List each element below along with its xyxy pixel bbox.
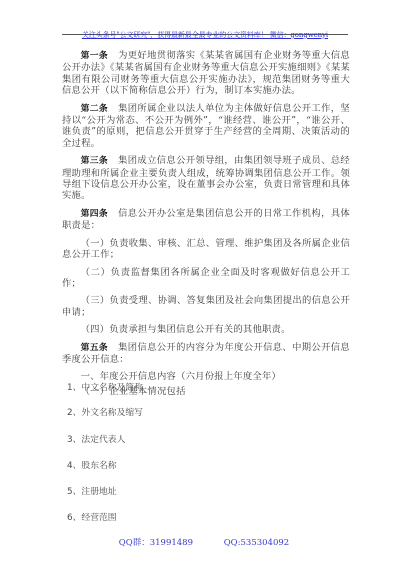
article-label: 第五条 — [81, 343, 109, 353]
article-3: 第三条 集团成立信息公开领导组，由集团领导班子成员、总经理助理和所属企业主要负责… — [62, 155, 350, 202]
qq-number: QQ:535304092 — [224, 538, 289, 548]
article-label: 第四条 — [81, 209, 109, 219]
qq-group: QQ群：31991489 — [119, 538, 193, 548]
page-header: 关注头条号"公文研究"，获得最新最全最专业的公文资料库！ 微信：gongweny… — [62, 22, 348, 35]
article-label: 第二条 — [81, 104, 109, 114]
page-footer: QQ群：31991489 QQ:535304092 — [0, 536, 408, 548]
duty-4: （四）负责承担与集团信息公开有关的其他职责。 — [62, 324, 350, 335]
list-item: 4、股东名称 — [62, 458, 117, 471]
duty-1: （一）负责收集、审核、汇总、管理、维护集团及各所属企业信息公开工作； — [62, 238, 350, 261]
article-2: 第二条 集团所属企业以法人单位为主体做好信息公开工作，坚持以“公开为常态、不公开… — [62, 103, 350, 150]
list-item: 5、注册地址 — [62, 484, 117, 497]
list-item: 6、经营范围 — [62, 510, 117, 523]
article-label: 第一条 — [81, 51, 109, 61]
article-5: 第五条 集团信息公开的内容分为年度公开信息、中期公开信息季度公开信息： — [62, 342, 350, 366]
list-item: 1、中文名称及简称 — [62, 380, 143, 393]
duty-3: （三）负责受理、协调、答复集团及社会向集团提出的信息公开申请； — [62, 295, 350, 318]
list-item: 2、外文名称及缩写 — [62, 405, 143, 418]
article-4: 第四条 信息公开办公室是集团信息公开的日常工作机构，具体职责是： — [62, 208, 350, 232]
duty-2: （二）负责监督集团各所属企业全面及时客观做好信息公开工作； — [62, 267, 350, 290]
article-1: 第一条 为更好地贯彻落实《某某省属国有企业财务等重大信息公开办法》《某某省属国有… — [62, 50, 350, 97]
article-label: 第三条 — [81, 156, 109, 166]
promo-link[interactable]: 关注头条号"公文研究"，获得最新最全最专业的公文资料库！ 微信：gongweny… — [82, 31, 328, 39]
document-body: 第一条 为更好地贯彻落实《某某省属国有企业财务等重大信息公开办法》《某某省属国有… — [62, 50, 350, 397]
list-item: 3、法定代表人 — [62, 432, 125, 445]
